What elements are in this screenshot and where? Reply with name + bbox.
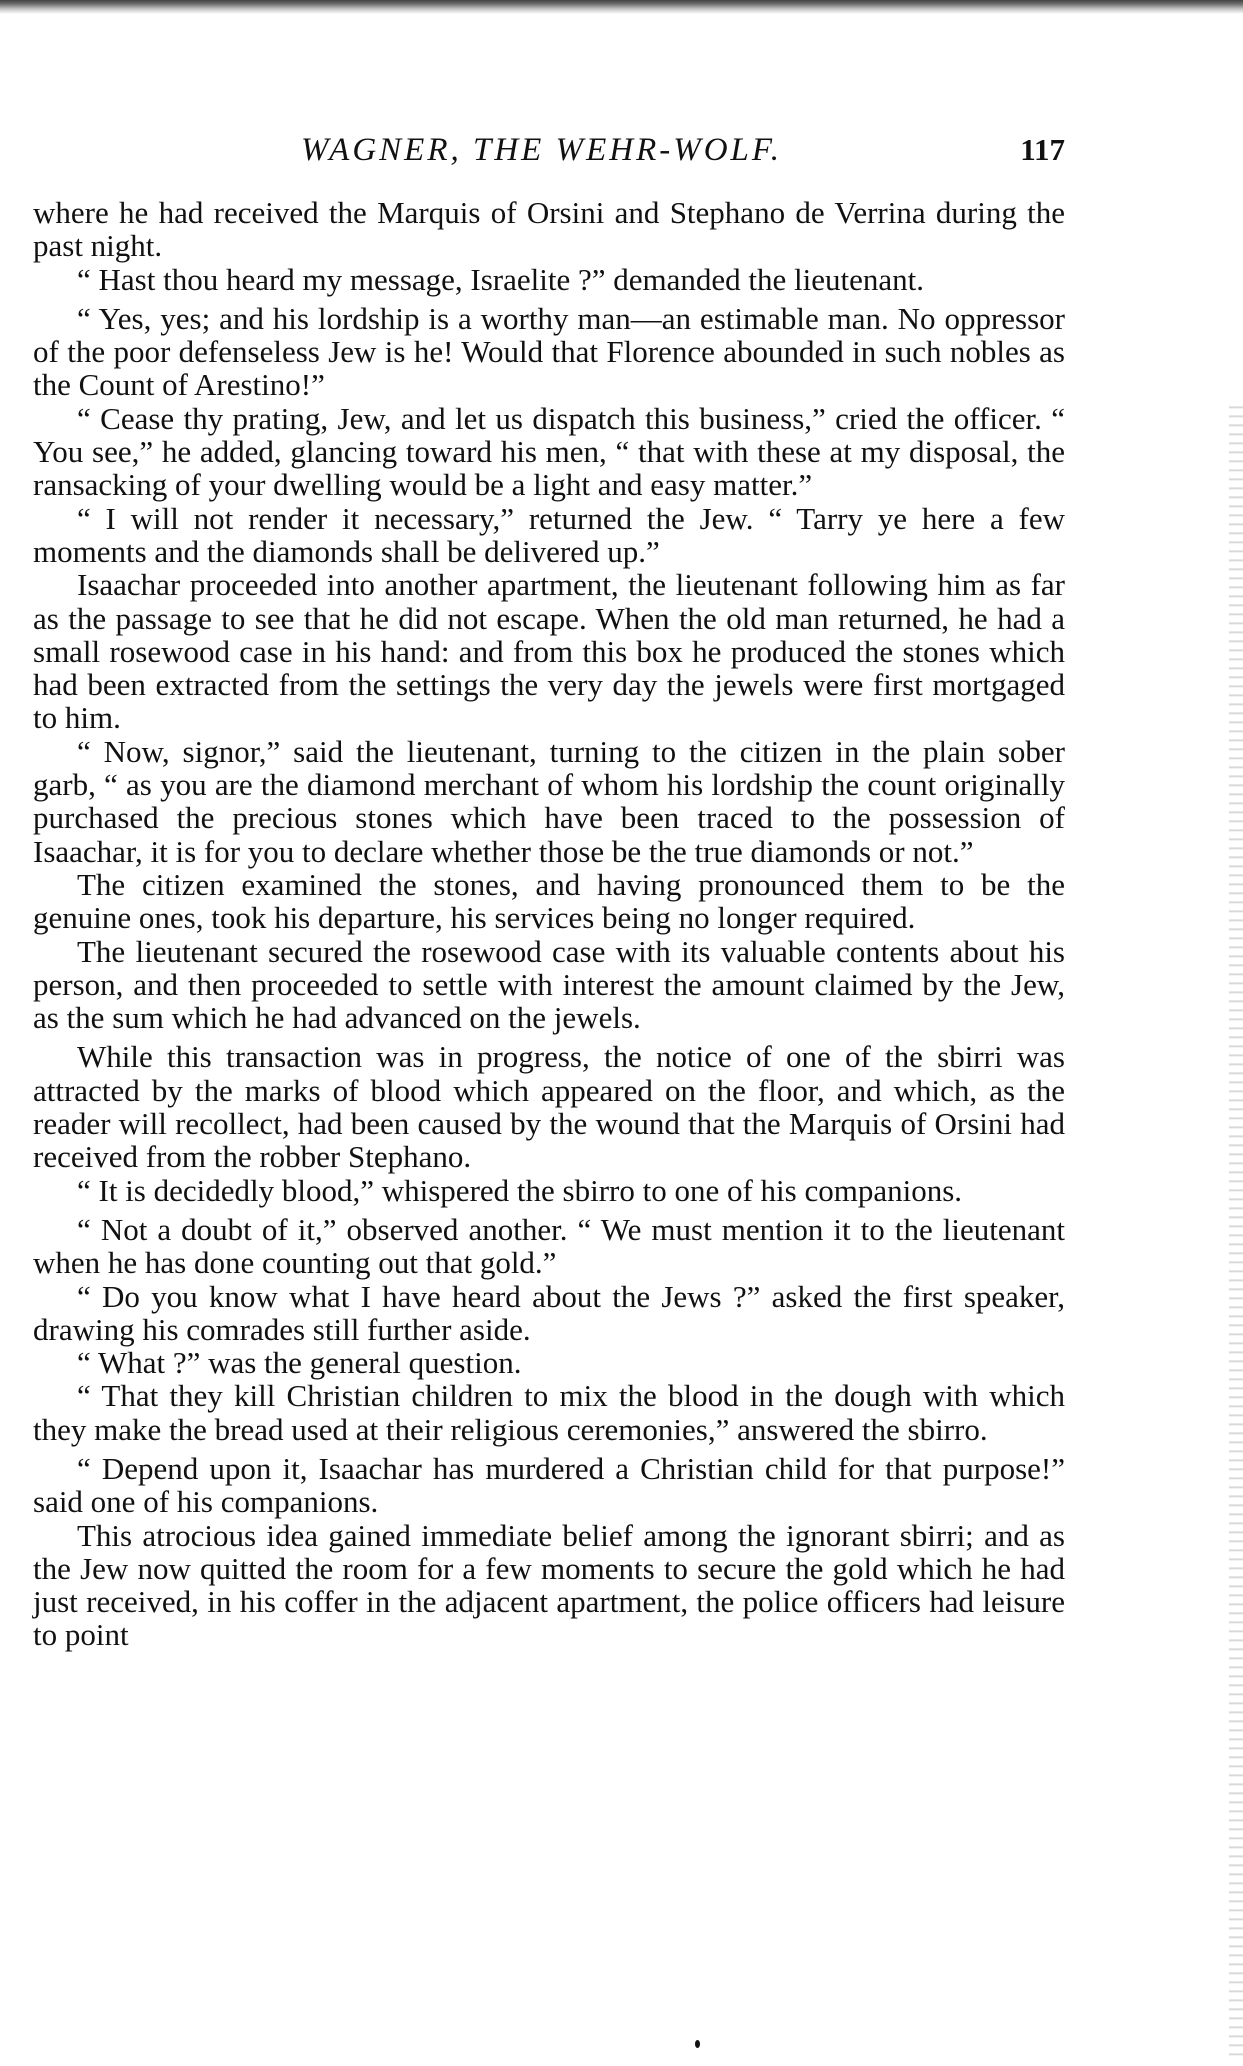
paragraph: “ Do you know what I have heard about th…	[33, 1280, 1065, 1347]
paragraph: “ What ?” was the general question.	[33, 1346, 1065, 1379]
paragraph: This atrocious idea gained immediate bel…	[33, 1519, 1065, 1652]
paragraph: “ That they kill Christian children to m…	[33, 1379, 1065, 1446]
paragraph: “ I will not render it necessary,” retur…	[33, 502, 1065, 569]
paragraph: “ Depend upon it, Isaachar has murdered …	[33, 1452, 1065, 1519]
paragraph: While this transaction was in progress, …	[33, 1040, 1065, 1173]
paragraph: where he had received the Marquis of Ors…	[33, 196, 1065, 263]
page-body: where he had received the Marquis of Ors…	[33, 196, 1065, 1652]
paragraph: The citizen examined the stones, and hav…	[33, 868, 1065, 935]
running-title: WAGNER, THE WEHR-WOLF.	[301, 132, 782, 169]
paragraph: “ It is decidedly blood,” whispered the …	[33, 1174, 1065, 1207]
paragraph: Isaachar proceeded into another apartmen…	[33, 568, 1065, 734]
paragraph: “ Cease thy prating, Jew, and let us dis…	[33, 402, 1065, 502]
scan-edge-top	[0, 0, 1243, 14]
paragraph: The lieutenant secured the rosewood case…	[33, 935, 1065, 1035]
paragraph: “ Yes, yes; and his lordship is a worthy…	[33, 302, 1065, 402]
paragraph: “ Not a doubt of it,” observed another. …	[33, 1213, 1065, 1280]
running-header: WAGNER, THE WEHR-WOLF. 117	[33, 132, 1065, 172]
page-number: 117	[1020, 132, 1065, 168]
ink-speck	[695, 2040, 700, 2048]
scan-edge-right	[1229, 400, 1243, 2060]
paragraph: “ Now, signor,” said the lieutenant, tur…	[33, 735, 1065, 868]
paragraph: “ Hast thou heard my message, Israelite …	[33, 263, 1065, 296]
